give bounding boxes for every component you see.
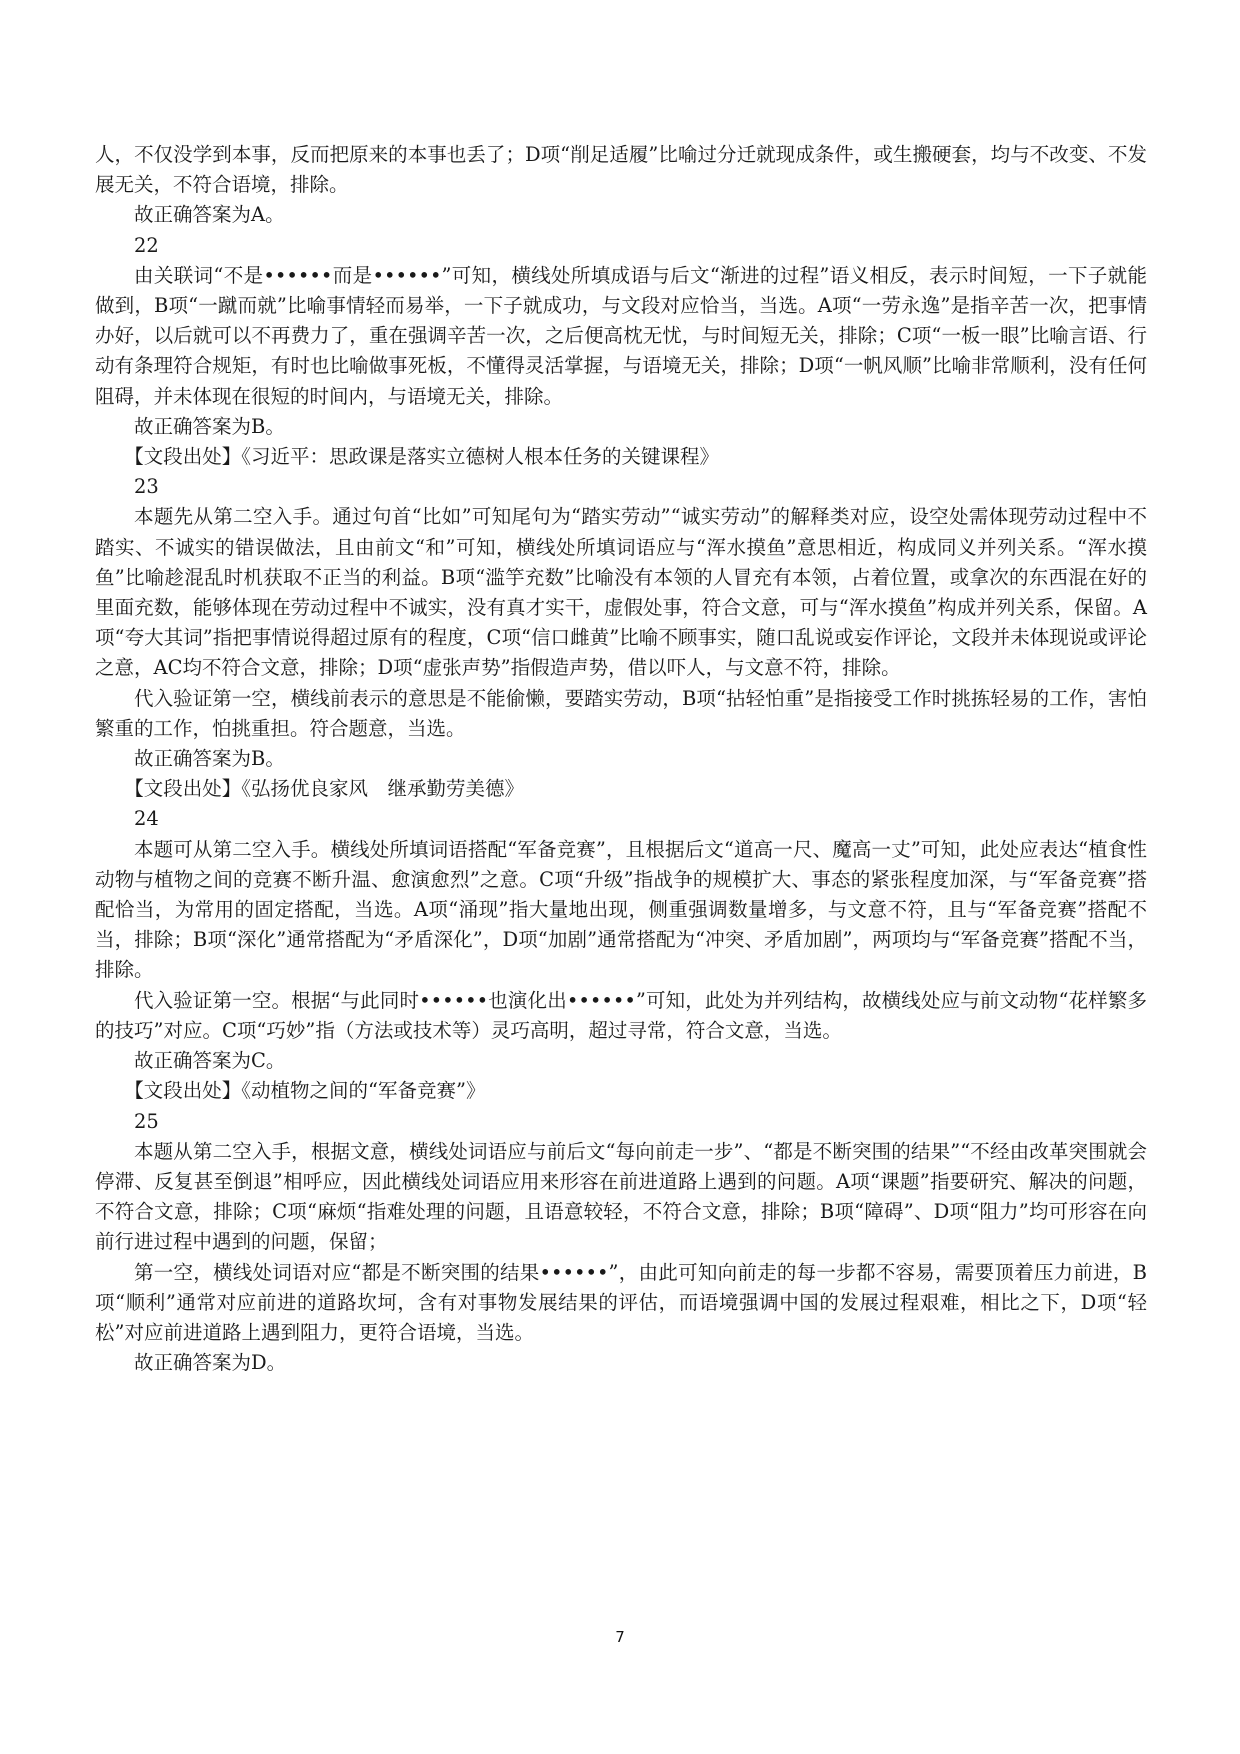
question-number: 22 <box>95 231 1147 261</box>
answer-line: 故正确答案为A。 <box>95 200 1147 230</box>
paragraph-continuation: 人，不仅没学到本事，反而把原来的本事也丢了；D项“削足适履”比喻过分迁就现成条件… <box>95 140 1147 200</box>
question-number: 23 <box>95 472 1147 502</box>
explanation-paragraph: 本题从第二空入手，根据文意，横线处词语应与前后文“每向前走一步”、“都是不断突围… <box>95 1137 1147 1258</box>
page-number: 7 <box>0 1628 1240 1646</box>
question-number: 25 <box>95 1107 1147 1137</box>
explanation-paragraph: 本题可从第二空入手。横线处所填词语搭配“军备竞赛”，且根据后文“道高一尺、魔高一… <box>95 835 1147 986</box>
explanation-paragraph: 代入验证第一空，横线前表示的意思是不能偷懒，要踏实劳动，B项“拈轻怕重”是指接受… <box>95 684 1147 744</box>
passage-source: 【文段出处】《动植物之间的“军备竞赛”》 <box>95 1076 1147 1106</box>
answer-line: 故正确答案为D。 <box>95 1348 1147 1378</box>
answer-line: 故正确答案为C。 <box>95 1046 1147 1076</box>
answer-line: 故正确答案为B。 <box>95 412 1147 442</box>
answer-line: 故正确答案为B。 <box>95 744 1147 774</box>
question-number: 24 <box>95 804 1147 834</box>
explanation-paragraph: 第一空，横线处词语对应“都是不断突围的结果••••••”，由此可知向前走的每一步… <box>95 1258 1147 1349</box>
explanation-paragraph: 由关联词“不是••••••而是••••••”可知，横线处所填成语与后文“渐进的过… <box>95 261 1147 412</box>
passage-source: 【文段出处】《弘扬优良家风 继承勤劳美德》 <box>95 774 1147 804</box>
explanation-paragraph: 代入验证第一空。根据“与此同时••••••也演化出••••••”可知，此处为并列… <box>95 986 1147 1046</box>
passage-source: 【文段出处】《习近平：思政课是落实立德树人根本任务的关键课程》 <box>95 442 1147 472</box>
explanation-paragraph: 本题先从第二空入手。通过句首“比如”可知尾句为“踏实劳动”“诚实劳动”的解释类对… <box>95 502 1147 683</box>
document-body: 人，不仅没学到本事，反而把原来的本事也丢了；D项“削足适履”比喻过分迁就现成条件… <box>95 140 1147 1378</box>
